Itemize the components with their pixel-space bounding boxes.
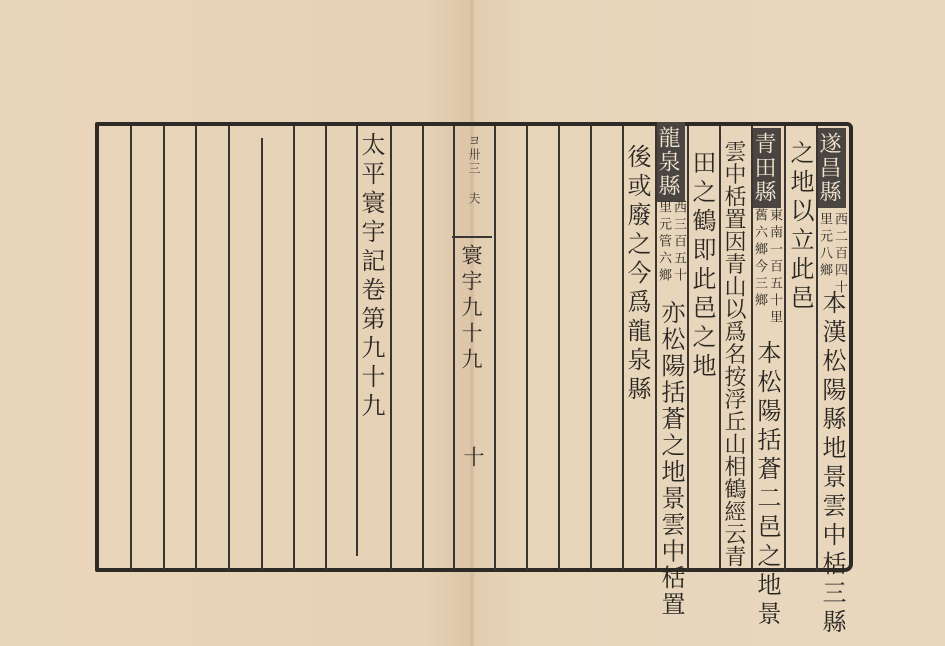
annotation: 里元管六鄉 (657, 200, 670, 285)
spine-page-number: 十 (462, 446, 483, 472)
column-rule (293, 126, 295, 570)
annotation: 東南一百五十里 (768, 208, 781, 327)
column-rule (422, 126, 424, 570)
text-column: 本漢松陽縣地景雲中栝三縣 (820, 290, 844, 638)
column-rule (494, 126, 496, 570)
column-rule (590, 126, 592, 570)
spine-rule (452, 236, 492, 238)
text-column: 後或廢之今爲龍泉縣 (625, 144, 649, 405)
column-rule (558, 126, 560, 570)
text-column: 之地以立此邑 (788, 140, 812, 314)
volume-title: 太平寰宇記卷第九十九 (359, 132, 383, 422)
annotation: 舊六鄉今三鄉 (753, 208, 766, 310)
annotation: 西三百五十 (672, 200, 685, 285)
spine-title: 寰宇九十九 (460, 244, 481, 374)
column-rule (325, 126, 327, 570)
county-label-qingtian: 青田縣 (753, 128, 781, 208)
column-rule (390, 126, 392, 570)
text-column: 雲中栝置因青山以爲名按浮丘山相鶴經云青 (722, 140, 744, 568)
spine-note: ヨ卅三 夫 (466, 134, 483, 206)
county-label-suichang: 遂昌縣 (818, 128, 846, 208)
column-rule (228, 126, 230, 570)
column-rule (195, 126, 197, 570)
annotation: 西二百四十 (833, 212, 846, 297)
text-column: 亦松陽括蒼之地景雲中栝置 (659, 300, 683, 618)
annotation: 里元八鄉 (818, 212, 831, 280)
column-rule (130, 126, 132, 570)
column-rule (163, 126, 165, 570)
county-label-longquan: 龍泉縣 (657, 122, 685, 202)
column-rule (261, 138, 263, 570)
text-column: 本松陽括蒼二邑之地景 (755, 340, 779, 630)
text-column: 田之鶴即此邑之地 (690, 150, 714, 382)
column-rule (526, 126, 528, 570)
column-rule (453, 126, 455, 570)
